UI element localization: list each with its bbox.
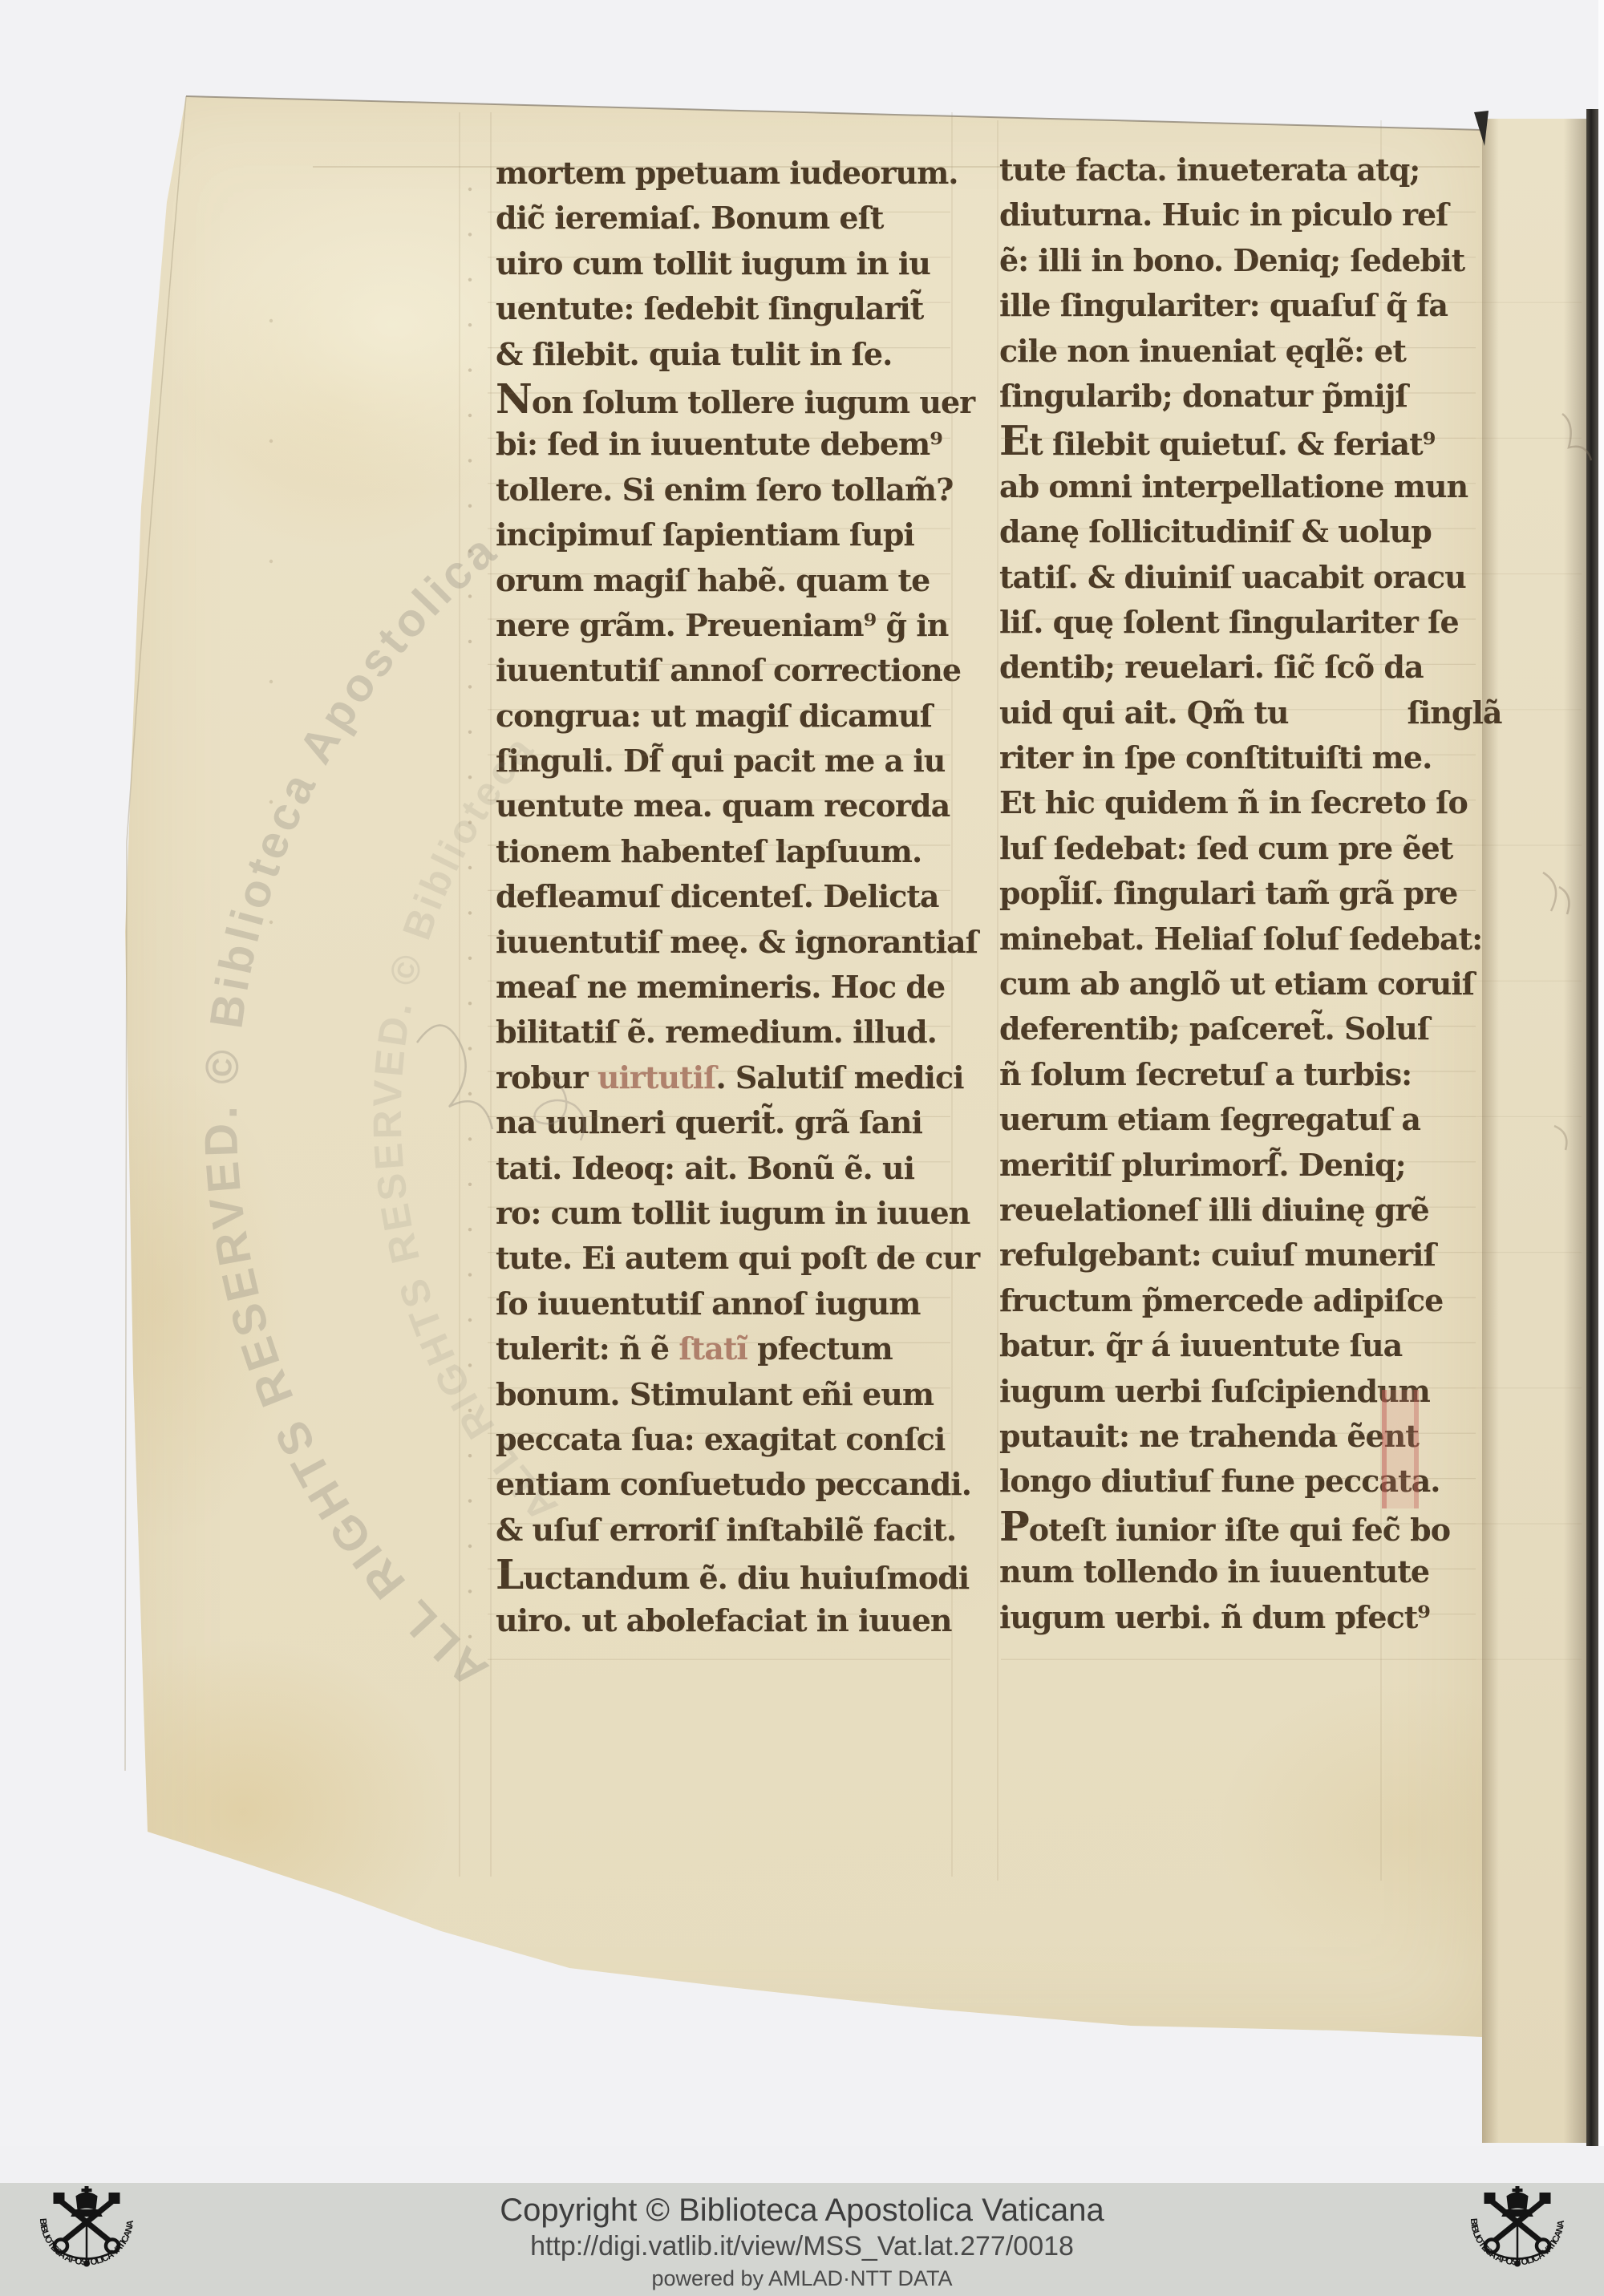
svg-text:ALL RIGHTS RESERVED. © Bibli: ALL RIGHTS RESERVED. © Biblioteca Aposto… xyxy=(195,522,508,1697)
manuscript-viewer-screenshot: { "colors": { "parchment": "#e9dfc3", "i… xyxy=(0,0,1604,2296)
watermark-outer-text: ALL RIGHTS RESERVED. © Biblioteca Aposto… xyxy=(195,522,508,1697)
watermark-inner-text: ALL RIGHTS RESERVED. © Biblioteca xyxy=(365,726,566,1531)
backdrop-bottom-strip xyxy=(0,2146,1604,2183)
copyright-line: Copyright © Biblioteca Apostolica Vatica… xyxy=(0,2193,1604,2229)
copyright-watermark: ALL RIGHTS RESERVED. © Biblioteca Aposto… xyxy=(0,0,1604,2296)
powered-by-line: powered by AMLAD·NTT DATA xyxy=(0,2266,1604,2291)
svg-text:ALL RIGHTS RESERVED. © Bibliot: ALL RIGHTS RESERVED. © Biblioteca xyxy=(365,726,566,1531)
url-line: http://digi.vatlib.it/view/MSS_Vat.lat.2… xyxy=(0,2231,1604,2262)
footer-bar: BIBLIOTECA APOSTOLICA VATICANA BIBLIOTEC… xyxy=(0,2183,1604,2296)
